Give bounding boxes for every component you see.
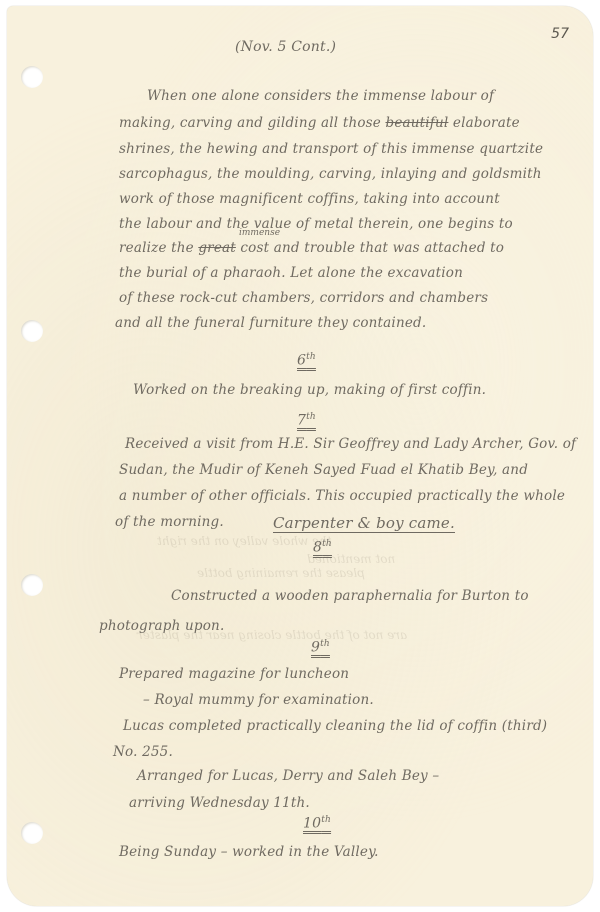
text-line: the labour and the value of metal therei… <box>119 218 513 232</box>
text-line: photograph upon. <box>99 620 224 634</box>
text-line: making, carving and gilding all those be… <box>119 117 520 131</box>
text-line: and all the funeral furniture they conta… <box>115 317 426 331</box>
text-line: sarcophagus, the moulding, carving, inla… <box>119 168 542 182</box>
punch-hole <box>21 822 43 844</box>
text-line: of the morning. <box>115 516 224 530</box>
day-heading-9: 9th <box>311 640 330 655</box>
text-line: Lucas completed practically cleaning the… <box>123 720 547 734</box>
struck-word: beautiful <box>385 115 448 131</box>
text-line: of these rock-cut chambers, corridors an… <box>119 292 488 306</box>
struck-word: great <box>198 240 236 256</box>
day-heading-7: 7th <box>297 413 316 428</box>
day-heading-8: 8th <box>313 540 332 555</box>
inserted-word: immense <box>239 228 280 238</box>
text-line: work of those magnificent coffins, takin… <box>119 193 500 207</box>
text-line: realize the great cost and trouble that … <box>119 242 504 256</box>
show-through-text: the whole valley on the right <box>157 534 332 548</box>
underlined-note: Carpenter & boy came. <box>273 516 455 531</box>
text-line: Being Sunday – worked in the Valley. <box>119 846 379 860</box>
text-line: Constructed a wooden paraphernalia for B… <box>171 590 529 604</box>
show-through-text: please the remaining bottle <box>197 566 365 580</box>
text-line: Prepared magazine for luncheon <box>119 668 349 682</box>
punch-hole <box>21 66 43 88</box>
text-line: Received a visit from H.E. Sir Geoffrey … <box>125 438 576 452</box>
punch-hole <box>21 320 43 342</box>
text-line: Sudan, the Mudir of Keneh Sayed Fuad el … <box>119 464 528 478</box>
text-line: a number of other officials. This occupi… <box>119 490 565 504</box>
text-line: the burial of a pharaoh. Let alone the e… <box>119 267 463 281</box>
text-line: arriving Wednesday 11th. <box>129 797 310 811</box>
journal-page: the whole valley on the right not mentio… <box>7 6 593 906</box>
punch-hole <box>21 574 43 596</box>
header-note: (Nov. 5 Cont.) <box>235 40 336 54</box>
text-line: When one alone considers the immense lab… <box>147 90 494 104</box>
page-number: 57 <box>551 26 569 42</box>
text-line: – Royal mummy for examination. <box>143 694 374 708</box>
day-heading-6: 6th <box>297 353 316 368</box>
text-line: No. 255. <box>113 746 173 760</box>
text-line: shrines, the hewing and transport of thi… <box>119 143 543 157</box>
day-heading-10: 10th <box>303 816 331 831</box>
text-line: Arranged for Lucas, Derry and Saleh Bey … <box>137 770 439 784</box>
text-line: Worked on the breaking up, making of fir… <box>133 384 486 398</box>
